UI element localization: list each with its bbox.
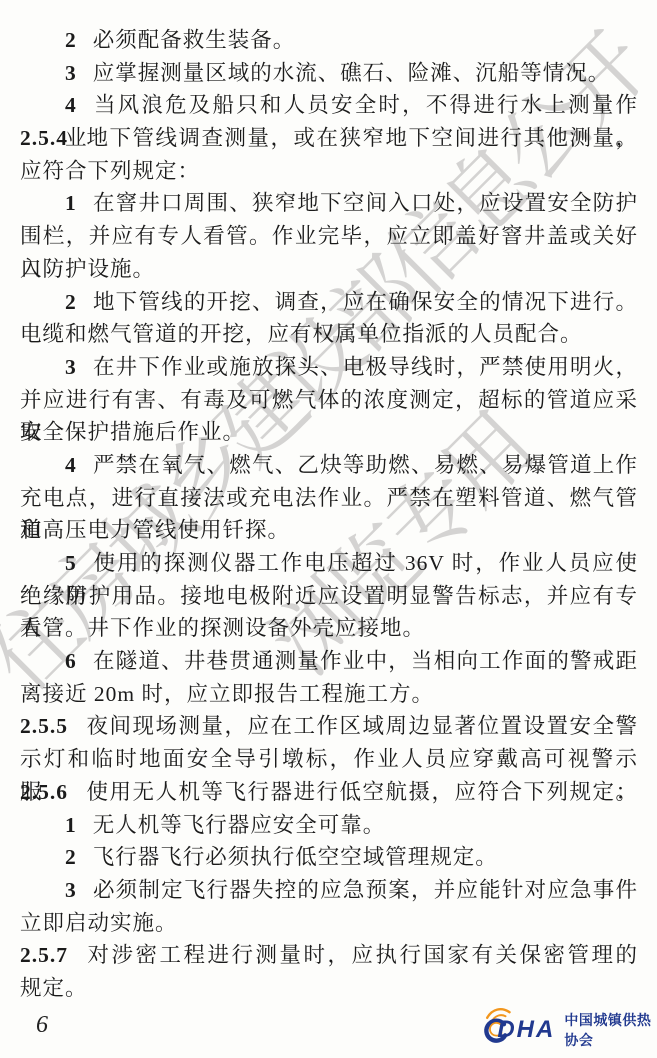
doc-line: 1无人机等飞行器应安全可靠。 [20, 809, 638, 842]
clause-number: 5 [65, 551, 77, 575]
logo-acronym: DHA [497, 1016, 555, 1044]
line-text: 飞行器飞行必须执行低空空域管理规定。 [93, 845, 498, 869]
line-text: 规定。 [20, 976, 88, 1000]
doc-line: 2.5.4地下管线调查测量，或在狭窄地下空间进行其他测量， [20, 122, 638, 155]
doc-line: 并应进行有害、有毒及可燃气体的浓度测定，超标的管道应采取 [20, 384, 638, 417]
page-number: 6 [36, 1012, 48, 1039]
line-text: 应掌握测量区域的水流、礁石、险滩、沉船等情况。 [93, 61, 611, 85]
doc-line: 离接近 20m 时，应立即报告工程施工方。 [20, 678, 638, 711]
doc-line: 5使用的探测仪器工作电压超过 36V 时，作业人员应使用 [20, 547, 638, 580]
clause-number: 3 [65, 61, 77, 85]
doc-line: 示灯和临时地面安全导引墩标，作业人员应穿戴高可视警示服。 [20, 743, 638, 776]
doc-line: 围栏，并应有专人看管。作业完毕，应立即盖好窨井盖或关好入 [20, 220, 638, 253]
doc-line: 电缆和燃气管道的开挖，应有权属单位指派的人员配合。 [20, 318, 638, 351]
line-text: 安全保护措施后作业。 [20, 420, 245, 444]
line-text: 使用无人机等飞行器进行低空航摄，应符合下列规定： [86, 780, 638, 804]
doc-line: 3应掌握测量区域的水流、礁石、险滩、沉船等情况。 [20, 57, 638, 90]
doc-line: 2.5.7对涉密工程进行测量时，应执行国家有关保密管理的 [20, 939, 638, 972]
line-text: 在窨井口周围、狭窄地下空间入口处，应设置安全防护 [93, 191, 638, 215]
clause-number: 1 [65, 813, 77, 837]
doc-line: 看管。井下作业的探测设备外壳应接地。 [20, 612, 638, 645]
doc-line: 2必须配备救生装备。 [20, 24, 638, 57]
doc-line: 立即启动实施。 [20, 907, 638, 940]
clause-number: 4 [65, 453, 77, 477]
line-text: 必须配备救生装备。 [93, 28, 296, 52]
line-text: 对涉密工程进行测量时，应执行国家有关保密管理的 [86, 943, 638, 967]
line-text: 地下管线调查测量，或在狭窄地下空间进行其他测量， [86, 126, 638, 150]
association-logo: DHA 中国城镇供热协会 [476, 1000, 657, 1050]
clause-number: 2 [65, 845, 77, 869]
line-text: 无人机等飞行器应安全可靠。 [93, 813, 386, 837]
line-text: 看管。井下作业的探测设备外壳应接地。 [20, 616, 425, 640]
clause-number: 2 [65, 290, 77, 314]
line-text: 必须制定飞行器失控的应急预案，并应能针对应急事件 [93, 878, 638, 902]
clause-number: 3 [65, 878, 77, 902]
clause-number: 4 [65, 93, 77, 117]
doc-line: 和高压电力管线使用钎探。 [20, 514, 638, 547]
line-text: 在井下作业或施放探头、电极导线时，严禁使用明火， [93, 355, 638, 379]
doc-line: 口防护设施。 [20, 253, 638, 286]
line-text: 电缆和燃气管道的开挖，应有权属单位指派的人员配合。 [20, 322, 583, 346]
doc-line: 应符合下列规定： [20, 155, 638, 188]
clause-number: 6 [65, 649, 77, 673]
doc-line: 2.5.6使用无人机等飞行器进行低空航摄，应符合下列规定： [20, 776, 638, 809]
clause-number: 2.5.7 [20, 943, 68, 967]
document-body: 2必须配备救生装备。3应掌握测量区域的水流、礁石、险滩、沉船等情况。4当风浪危及… [20, 24, 638, 1005]
logo-org-name: 中国城镇供热协会 [564, 1010, 657, 1050]
doc-line: 1在窨井口周围、狭窄地下空间入口处，应设置安全防护 [20, 187, 638, 220]
doc-line: 4严禁在氧气、燃气、乙炔等助燃、易燃、易爆管道上作 [20, 449, 638, 482]
doc-line: 充电点，进行直接法或充电法作业。严禁在塑料管道、燃气管道 [20, 482, 638, 515]
doc-line: 绝缘防护用品。接地电极附近应设置明显警告标志，并应有专人 [20, 580, 638, 613]
line-text: 严禁在氧气、燃气、乙炔等助燃、易燃、易爆管道上作 [93, 453, 638, 477]
doc-line: 2.5.5夜间现场测量，应在工作区域周边显著位置设置安全警 [20, 710, 638, 743]
doc-line: 2飞行器飞行必须执行低空空域管理规定。 [20, 841, 638, 874]
clause-number: 2.5.6 [20, 780, 68, 804]
document-page: { "watermark": { "line1": "住房城乡建设部信息公开",… [0, 0, 657, 1058]
line-text: 夜间现场测量，应在工作区域周边显著位置设置安全警 [86, 714, 638, 738]
line-text: 离接近 20m 时，应立即报告工程施工方。 [20, 682, 434, 706]
line-text: 立即启动实施。 [20, 911, 178, 935]
line-text: 地下管线的开挖、调查，应在确保安全的情况下进行。 [93, 290, 638, 314]
clause-number: 2 [65, 28, 77, 52]
clause-number: 3 [65, 355, 77, 379]
clause-number: 2.5.5 [20, 714, 68, 738]
doc-line: 4当风浪危及船只和人员安全时，不得进行水上测量作业。 [20, 89, 638, 122]
clause-number: 2.5.4 [20, 126, 68, 150]
doc-line: 3在井下作业或施放探头、电极导线时，严禁使用明火， [20, 351, 638, 384]
clause-number: 1 [65, 191, 77, 215]
doc-line: 3必须制定飞行器失控的应急预案，并应能针对应急事件 [20, 874, 638, 907]
line-text: 在隧道、井巷贯通测量作业中，当相向工作面的警戒距 [93, 649, 638, 673]
line-text: 应符合下列规定： [20, 159, 200, 183]
line-text: 口防护设施。 [20, 257, 155, 281]
doc-line: 6在隧道、井巷贯通测量作业中，当相向工作面的警戒距 [20, 645, 638, 678]
doc-line: 安全保护措施后作业。 [20, 416, 638, 449]
line-text: 和高压电力管线使用钎探。 [20, 518, 290, 542]
doc-line: 2地下管线的开挖、调查，应在确保安全的情况下进行。 [20, 286, 638, 319]
